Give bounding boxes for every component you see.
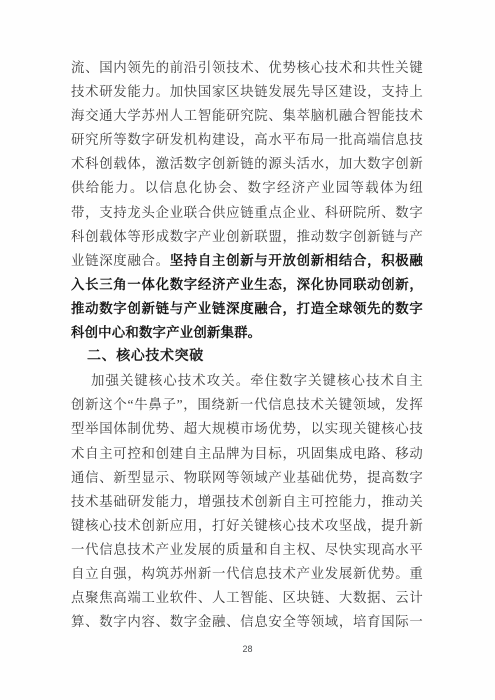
text-segment: 业链深度融合。 [71, 253, 170, 268]
text-line: 型举国体制优势、超大规模市场优势，以实现关键核心技 [71, 417, 423, 441]
page-number: 28 [0, 644, 495, 654]
section-heading: 二、核心技术突破 [71, 345, 423, 369]
text-segment: 型举国体制优势、超大规模市场优势，以实现关键核心技 [71, 421, 423, 436]
text-line: 术自主可控和创建自主品牌为目标，巩固集成电路、移动 [71, 442, 423, 466]
text-segment: 研究所等数字研发机构建设，高水平布局一批高端信息技 [71, 132, 423, 147]
text-segment: 创新这个“牛鼻子”，围绕新一代信息技术关键领域，发挥新 [71, 397, 423, 417]
text-line: 一代信息技术产业发展的质量和自主权、尽快实现高水平 [71, 538, 423, 562]
text-line: 技术基础研发能力，增强技术创新自主可控能力，推动关 [71, 490, 423, 514]
text-line: 键核心技术创新应用，打好关键核心技术攻坚战，提升新 [71, 514, 423, 538]
text-segment: 技术基础研发能力，增强技术创新自主可控能力，推动关 [71, 494, 423, 509]
text-segment: 术自主可控和创建自主品牌为目标，巩固集成电路、移动 [71, 446, 423, 461]
text-line: 自立自强，构筑苏州新一代信息技术产业发展新优势。重 [71, 562, 423, 586]
text-line: 术科创载体，激活数字创新链的源头活水，加大数字创新 [71, 152, 423, 176]
text-segment: 一代信息技术产业发展的质量和自主权、尽快实现高水平 [71, 542, 423, 557]
bold-text-segment: 科创中心和数字产业创新集群。 [71, 325, 261, 340]
bold-text-segment: 坚持自主创新与开放创新相结合，积极融 [170, 253, 423, 268]
text-line: 创新这个“牛鼻子”，围绕新一代信息技术关键领域，发挥新 [71, 393, 423, 417]
text-segment: 加强关键核心技术攻关。牵住数字关键核心技术自主 [91, 373, 423, 388]
text-line: 海交通大学苏州人工智能研究院、集萃脑机融合智能技术 [71, 104, 423, 128]
text-segment: 流、国内领先的前沿引领技术、优势核心技术和共性关键 [71, 60, 423, 75]
text-line: 通信、新型显示、物联网等领域产业基础优势，提高数字 [71, 466, 423, 490]
text-segment: 自立自强，构筑苏州新一代信息技术产业发展新优势。重 [71, 566, 423, 581]
text-line: 点聚焦高端工业软件、人工智能、区块链、大数据、云计 [71, 586, 423, 610]
text-segment: 通信、新型显示、物联网等领域产业基础优势，提高数字 [71, 470, 423, 485]
text-segment: 供给能力。以信息化协会、数字经济产业园等载体为纽 [71, 180, 423, 195]
text-line: 算、数字内容、数字金融、信息安全等领域，培育国际一 [71, 610, 423, 634]
text-line: 带，支持龙头企业联合供应链重点企业、科研院所、数字 [71, 201, 423, 225]
text-column: 流、国内领先的前沿引领技术、优势核心技术和共性关键技术研发能力。加快国家区块链发… [71, 56, 423, 634]
text-segment: 键核心技术创新应用，打好关键核心技术攻坚战，提升新 [71, 518, 423, 533]
text-segment: 术科创载体，激活数字创新链的源头活水，加大数字创新 [71, 156, 423, 171]
text-line: 研究所等数字研发机构建设，高水平布局一批高端信息技 [71, 128, 423, 152]
text-line: 入长三角一体化数字经济产业生态，深化协同联动创新， [71, 273, 423, 297]
text-segment: 带，支持龙头企业联合供应链重点企业、科研院所、数字 [71, 205, 423, 220]
paragraph-core-tech: 加强关键核心技术攻关。牵住数字关键核心技术自主创新这个“牛鼻子”，围绕新一代信息… [71, 369, 423, 634]
bold-text-segment: 入长三角一体化数字经济产业生态，深化协同联动创新， [71, 277, 423, 292]
text-line: 推动数字创新链与产业链深度融合，打造全球领先的数字 [71, 297, 423, 321]
text-line: 供给能力。以信息化协会、数字经济产业园等载体为纽 [71, 176, 423, 200]
bold-text-segment: 推动数字创新链与产业链深度融合，打造全球领先的数字 [71, 301, 423, 316]
text-line: 业链深度融合。坚持自主创新与开放创新相结合，积极融 [71, 249, 423, 273]
text-line: 流、国内领先的前沿引领技术、优势核心技术和共性关键 [71, 56, 423, 80]
text-segment: 算、数字内容、数字金融、信息安全等领域，培育国际一 [71, 614, 423, 629]
text-segment: 科创载体等形成数字产业创新联盟，推动数字创新链与产 [71, 229, 423, 244]
text-segment: 技术研发能力。加快国家区块链发展先导区建设，支持上 [71, 84, 423, 99]
text-segment: 海交通大学苏州人工智能研究院、集萃脑机融合智能技术 [71, 108, 423, 123]
paragraph-continued: 流、国内领先的前沿引领技术、优势核心技术和共性关键技术研发能力。加快国家区块链发… [71, 56, 423, 345]
text-line: 加强关键核心技术攻关。牵住数字关键核心技术自主 [71, 369, 423, 393]
text-line: 技术研发能力。加快国家区块链发展先导区建设，支持上 [71, 80, 423, 104]
text-segment: 点聚焦高端工业软件、人工智能、区块链、大数据、云计 [71, 590, 423, 605]
document-page: 流、国内领先的前沿引领技术、优势核心技术和共性关键技术研发能力。加快国家区块链发… [0, 0, 495, 700]
text-line: 科创载体等形成数字产业创新联盟，推动数字创新链与产 [71, 225, 423, 249]
text-line: 科创中心和数字产业创新集群。 [71, 321, 423, 345]
